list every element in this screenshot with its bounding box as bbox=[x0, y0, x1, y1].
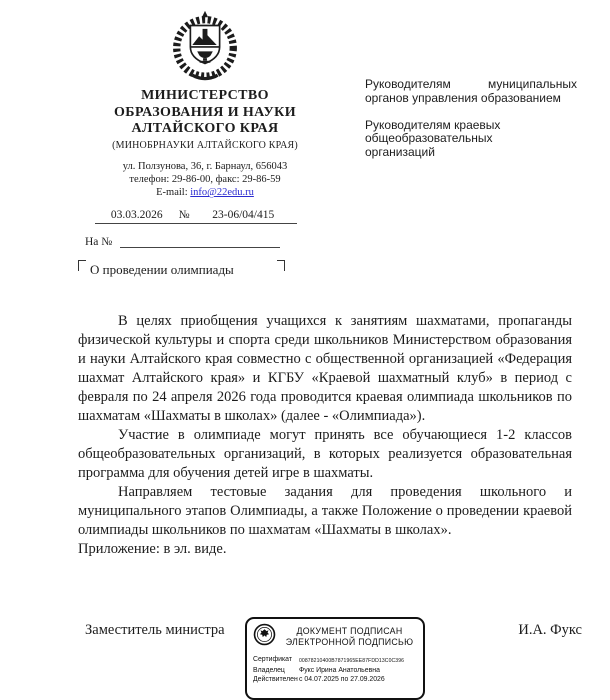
email-link[interactable]: info@22edu.ru bbox=[190, 187, 254, 198]
ministry-short-name: (МИНОБРНАУКИ АЛТАЙСКОГО КРАЯ) bbox=[60, 140, 350, 151]
addressees-block: Руководителям муниципальных органов упра… bbox=[365, 78, 577, 160]
signer-name: И.А. Фукс bbox=[518, 622, 582, 639]
subject-corner-left-mark bbox=[78, 260, 86, 271]
reference-number-row: На № bbox=[85, 235, 350, 248]
owner-value: Фукс Ирина Анатольевна bbox=[299, 666, 380, 675]
body-paragraph-1: В целях приобщения учащихся к занятиям ш… bbox=[78, 312, 572, 426]
subject-corner-right-mark bbox=[277, 260, 285, 271]
certificate-value: 00878210400B7871965EE87FDD13C0C396 bbox=[299, 655, 404, 666]
signer-position: Заместитель министра bbox=[85, 622, 225, 639]
stamp-title: ДОКУМЕНТ ПОДПИСАН ЭЛЕКТРОННОЙ ПОДПИСЬЮ bbox=[282, 626, 417, 647]
ministry-name-line3: АЛТАЙСКОГО КРАЯ bbox=[60, 121, 350, 138]
date-number-row: 03.03.2026 № 23-06/04/415 bbox=[95, 209, 297, 224]
validity-label: Действителен bbox=[253, 675, 299, 684]
contact-block: ул. Ползунова, 36, г. Барнаул, 656043 те… bbox=[60, 160, 350, 200]
stamp-header: ДОКУМЕНТ ПОДПИСАН ЭЛЕКТРОННОЙ ПОДПИСЬЮ bbox=[253, 623, 417, 651]
attachment-note: Приложение: в эл. виде. bbox=[78, 540, 572, 559]
addressee-second: Руководителям краевых общеобразовательны… bbox=[365, 119, 543, 160]
seal-icon bbox=[253, 623, 276, 651]
document-date: 03.03.2026 bbox=[95, 209, 179, 221]
official-letter-document: МИНИСТЕРСТВО ОБРАЗОВАНИЯ И НАУКИ АЛТАЙСК… bbox=[0, 0, 610, 700]
stamp-title-line1: ДОКУМЕНТ ПОДПИСАН bbox=[282, 626, 417, 637]
letterhead-left-column: МИНИСТЕРСТВО ОБРАЗОВАНИЯ И НАУКИ АЛТАЙСК… bbox=[60, 6, 350, 278]
body-paragraph-2: Участие в олимпиаде могут принять все об… bbox=[78, 426, 572, 483]
ministry-name-line1: МИНИСТЕРСТВО bbox=[60, 88, 350, 105]
body-paragraph-3: Направляем тестовые задания для проведен… bbox=[78, 483, 572, 540]
validity-value: с 04.07.2025 по 27.09.2026 bbox=[299, 675, 385, 684]
coat-of-arms-icon bbox=[60, 6, 350, 86]
reference-label: На № bbox=[85, 236, 112, 248]
reference-underline bbox=[120, 235, 280, 248]
document-number: 23-06/04/415 bbox=[190, 209, 297, 221]
subject-text: О проведении олимпиады bbox=[90, 262, 234, 277]
subject-row: О проведении олимпиады bbox=[78, 260, 285, 278]
e-signature-stamp: ДОКУМЕНТ ПОДПИСАН ЭЛЕКТРОННОЙ ПОДПИСЬЮ С… bbox=[245, 617, 425, 700]
owner-row: Владелец Фукс Ирина Анатольевна bbox=[253, 666, 417, 675]
postal-address: ул. Ползунова, 36, г. Барнаул, 656043 bbox=[60, 160, 350, 173]
validity-row: Действителен с 04.07.2025 по 27.09.2026 bbox=[253, 675, 417, 684]
owner-label: Владелец bbox=[253, 666, 299, 675]
ministry-name-line2: ОБРАЗОВАНИЯ И НАУКИ bbox=[60, 105, 350, 122]
addressee-first: Руководителям муниципальных органов упра… bbox=[365, 78, 577, 106]
phone-fax: телефон: 29-86-00, факс: 29-86-59 bbox=[60, 173, 350, 186]
certificate-row: Сертификат 00878210400B7871965EE87FDD13C… bbox=[253, 655, 417, 666]
ministry-name: МИНИСТЕРСТВО ОБРАЗОВАНИЯ И НАУКИ АЛТАЙСК… bbox=[60, 88, 350, 138]
certificate-label: Сертификат bbox=[253, 655, 299, 666]
number-sign: № bbox=[179, 209, 190, 221]
email-label: E-mail: bbox=[156, 187, 188, 198]
stamp-details: Сертификат 00878210400B7871965EE87FDD13C… bbox=[253, 655, 417, 684]
stamp-title-line2: ЭЛЕКТРОННОЙ ПОДПИСЬЮ bbox=[282, 637, 417, 648]
letter-body: В целях приобщения учащихся к занятиям ш… bbox=[78, 312, 572, 559]
email-line: E-mail: info@22edu.ru bbox=[60, 186, 350, 199]
